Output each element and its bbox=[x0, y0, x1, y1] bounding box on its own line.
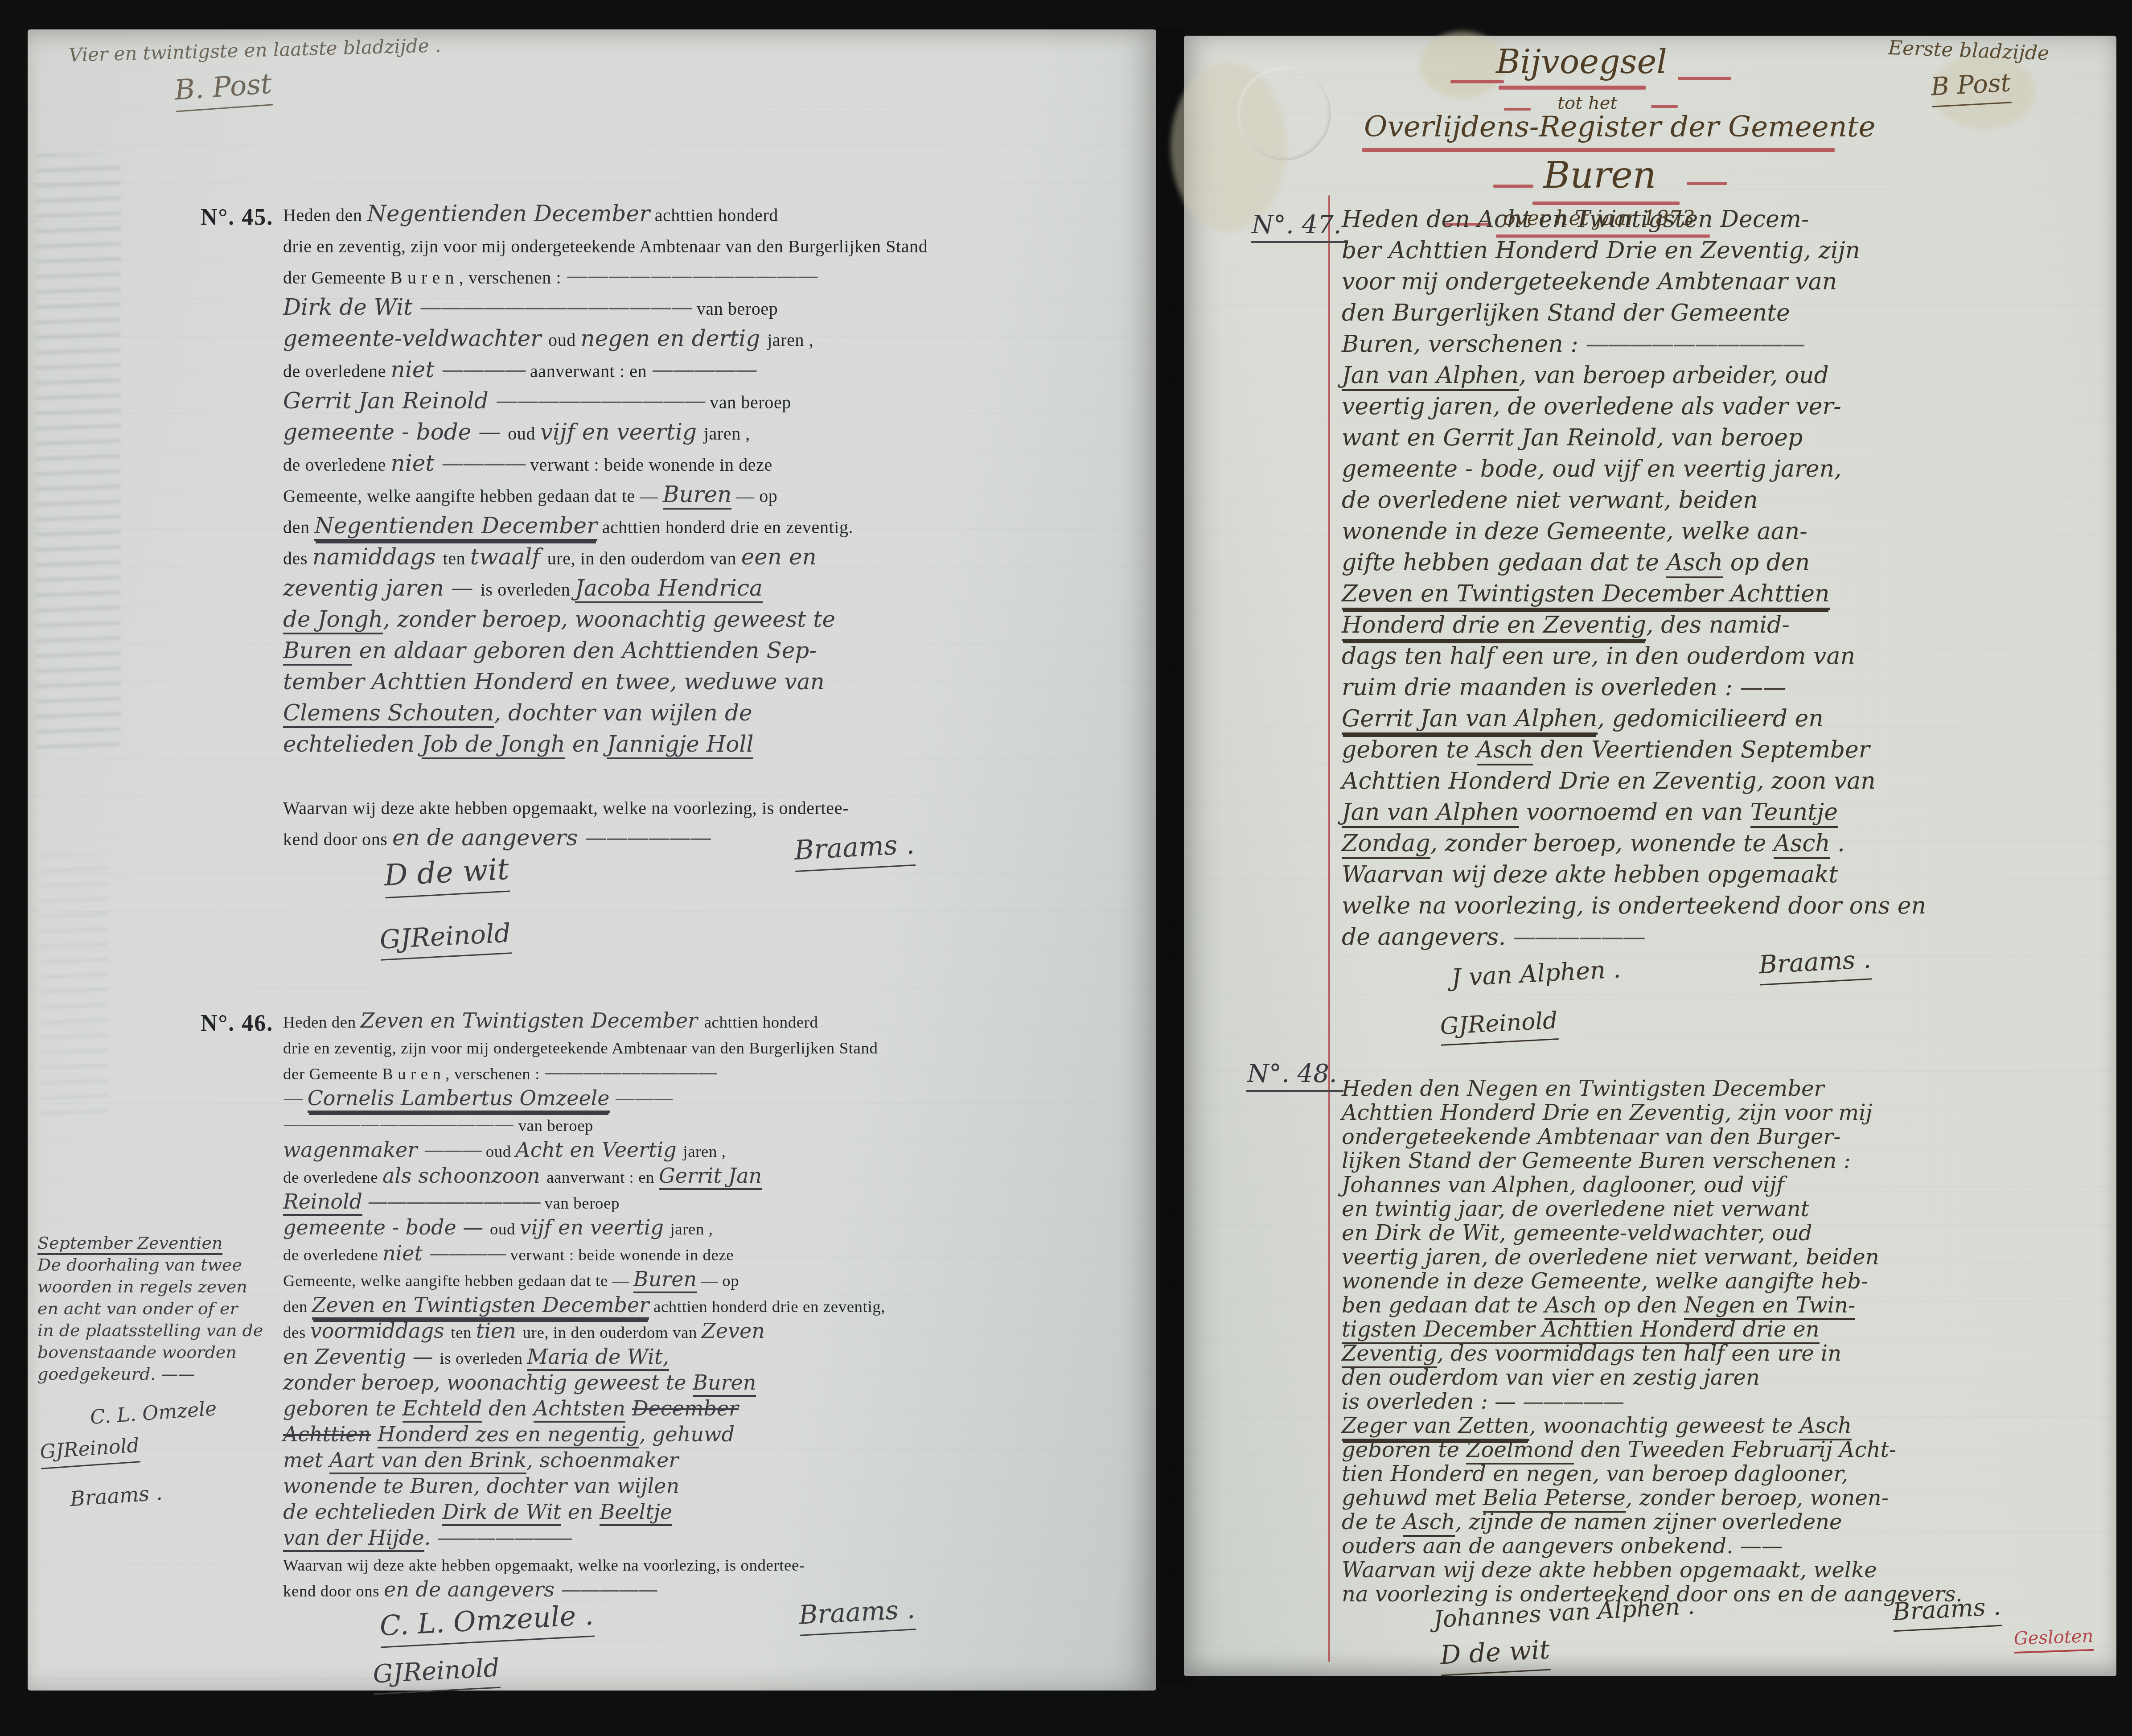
handwritten-text: Jannigje Holl bbox=[607, 731, 753, 759]
act-line: — Cornelis Lambertus Omzeele ——— bbox=[283, 1086, 1134, 1112]
rule-dashes: ————————— bbox=[544, 1060, 717, 1084]
handwritten-text: geboren te bbox=[1342, 1437, 1466, 1462]
act-line: Waarvan wij deze akte hebben opgemaakt bbox=[1342, 861, 2099, 893]
rule-dashes: —————— bbox=[1513, 924, 1644, 950]
act-line: der Gemeente B u r e n , verschenen : ——… bbox=[283, 263, 1134, 294]
printed-text: Heden den bbox=[283, 205, 367, 225]
handwritten-text: Achttien Honderd Drie en Zeventig, zijn … bbox=[1342, 1100, 1872, 1125]
handwritten-text: ber Achttien Honderd Drie en Zeventig, z… bbox=[1342, 237, 1860, 264]
handwritten-text: Zondag bbox=[1342, 830, 1430, 859]
handwritten-text: veertig jaren, de overledene niet verwan… bbox=[1342, 1245, 1879, 1270]
ink-bleedthrough bbox=[41, 854, 108, 1122]
handwritten-text: , des namid- bbox=[1646, 612, 1790, 638]
act45-signature: D de wit bbox=[383, 852, 510, 899]
margin-note-line: De doorhaling van twee bbox=[37, 1255, 263, 1277]
handwritten-text: wagenmaker bbox=[283, 1138, 424, 1162]
handwritten-text: zeventig jaren — bbox=[283, 575, 481, 601]
handwritten-text: den Tweeden Februarij Acht- bbox=[1574, 1437, 1896, 1462]
handwritten-text: , dochter van wijlen bbox=[473, 1474, 679, 1498]
page-left: Vier en twintigste en laatste bladzijde … bbox=[28, 29, 1156, 1691]
act47-text: Heden den Acht en Twintigsten Decem-ber … bbox=[1342, 206, 2099, 955]
handwritten-text: Aart van den Brink bbox=[329, 1448, 526, 1474]
act-line: Buren en aldaar geboren den Achttienden … bbox=[283, 638, 1134, 669]
margin-note-line: September Zeventien bbox=[37, 1233, 263, 1255]
printed-text: jaren , bbox=[683, 1142, 726, 1160]
act-line: en Zeventig — is overleden Maria de Wit, bbox=[283, 1345, 1134, 1370]
handwritten-text: Buren bbox=[663, 481, 732, 510]
handwritten-text: Honderd drie en Zeventig bbox=[1342, 612, 1646, 641]
rule-dashes: ————— bbox=[652, 357, 756, 383]
handwritten-text: niet bbox=[382, 1241, 429, 1265]
act-line: Honderd drie en Zeventig, des namid- bbox=[1342, 612, 2099, 643]
printed-text: den bbox=[283, 1297, 312, 1316]
act-line: en twintig jaar, de overledene niet verw… bbox=[1342, 1197, 2099, 1221]
act-line: des namiddags ten twaalf ure, in den oud… bbox=[283, 544, 1134, 575]
printed-text: verwant : beide wonende in deze bbox=[506, 1246, 734, 1264]
handwritten-text: de Jongh bbox=[283, 606, 383, 634]
handwritten-text: Buren bbox=[410, 1474, 473, 1498]
handwritten-text: geboren te bbox=[283, 1396, 403, 1420]
margin-note-line: in de plaatsstelling van de bbox=[37, 1321, 263, 1342]
act-line: tien Honderd en negen, van beroep dagloo… bbox=[1342, 1461, 2099, 1485]
handwritten-text: Johannes van Alphen, daglooner, oud vijf bbox=[1342, 1172, 1784, 1197]
act-line: zeventig jaren — is overleden Jacoba Hen… bbox=[283, 575, 1134, 606]
act-line: zonder beroep, woonachtig geweest te Bur… bbox=[283, 1370, 1134, 1396]
handwritten-text: van der Hijde bbox=[283, 1526, 424, 1552]
handwritten-text: De doorhaling van twee bbox=[37, 1255, 242, 1275]
printed-text: ure, in den ouderdom van bbox=[523, 1323, 702, 1341]
act-line: Dirk de Wit ————————————— van beroep bbox=[283, 294, 1134, 325]
printed-text: de overledene bbox=[283, 361, 391, 381]
handwritten-text: Buren, verschenen : bbox=[1342, 331, 1586, 358]
act48-text: Heden den Negen en Twintigsten DecemberA… bbox=[1342, 1076, 2099, 1606]
rule-dashes: — bbox=[283, 1086, 308, 1110]
printed-text: van beroep bbox=[540, 1194, 620, 1212]
printed-text: den bbox=[283, 517, 314, 537]
printed-text: aanverwant : en bbox=[546, 1168, 659, 1186]
act-line: is overleden : — ————— bbox=[1342, 1389, 2099, 1413]
act-line: gemeente - bode — oud vijf en veertig ja… bbox=[283, 419, 1134, 450]
handwritten-text: twaalf bbox=[470, 544, 547, 570]
printed-text: van beroep bbox=[705, 392, 791, 412]
printed-text: kend door ons bbox=[283, 1582, 384, 1600]
handwritten-text: Achttien bbox=[283, 1422, 371, 1446]
act-line: Heden den Negen en Twintigsten December bbox=[1342, 1076, 2099, 1100]
act-line: welke na voorlezing, is onderteekend doo… bbox=[1342, 893, 2099, 924]
printed-text: ten bbox=[443, 548, 470, 568]
handwritten-text: , des voormiddags ten half een ure in bbox=[1437, 1341, 1842, 1366]
printed-text: is overleden bbox=[481, 580, 575, 600]
act-line: de overledene niet verwant, beiden bbox=[1342, 487, 2099, 518]
red-underline bbox=[1362, 148, 1835, 152]
handwritten-text: Acht en Veertig bbox=[515, 1138, 683, 1162]
act-line: Gerrit Jan Reinold —————————— van beroep bbox=[283, 388, 1134, 419]
act-line: Gemeente, welke aangifte hebben gedaan d… bbox=[283, 1267, 1134, 1293]
handwritten-text: gemeente - bode — bbox=[283, 419, 508, 445]
act-line: de overledene als schoonzoon aanverwant … bbox=[283, 1164, 1134, 1189]
act-line: den ouderdom van vier en zestig jaren bbox=[1342, 1365, 2099, 1389]
handwritten-text: tigsten December Achttien Honderd drie e… bbox=[1342, 1317, 1820, 1344]
act46-signature: GJReinold bbox=[372, 1654, 501, 1695]
handwritten-text: Teuntje bbox=[1750, 799, 1838, 828]
act-line: met Aart van den Brink, schoenmaker bbox=[283, 1448, 1134, 1474]
handwritten-text: Buren bbox=[693, 1370, 756, 1397]
act-line: Zondag, zonder beroep, wonende te Asch . bbox=[1342, 830, 2099, 861]
handwritten-text: Gerrit Jan van Alphen bbox=[1342, 705, 1598, 735]
act-line: dags ten half een ure, in den ouderdom v… bbox=[1342, 643, 2099, 674]
handwritten-text: is overleden : — bbox=[1342, 1389, 1523, 1414]
act-line: ber Achttien Honderd Drie en Zeventig, z… bbox=[1342, 237, 2099, 268]
handwritten-text: op den bbox=[1597, 1293, 1684, 1318]
handwritten-text: namiddags bbox=[312, 544, 443, 570]
handwritten-text: , dochter van wijlen de bbox=[494, 700, 752, 726]
handwritten-text: en bbox=[565, 731, 607, 757]
act-line: Achttien Honderd Drie en Zeventig, zijn … bbox=[1342, 1100, 2099, 1124]
act-line: tember Achttien Honderd en twee, weduwe … bbox=[283, 669, 1134, 700]
handwritten-text: en acht van onder of er bbox=[37, 1299, 238, 1318]
printed-text: aanverwant : en bbox=[525, 361, 651, 381]
act-line: gehuwd met Belia Peterse, zonder beroep,… bbox=[1342, 1485, 2099, 1510]
act45-text: Heden den Negentienden December achttien… bbox=[283, 201, 1134, 856]
handwritten-text: wonende in deze Gemeente, welke aan- bbox=[1342, 518, 1807, 545]
handwritten-text: wonende te bbox=[283, 1474, 410, 1498]
handwritten-text: een en bbox=[741, 544, 817, 570]
act-line: lijken Stand der Gemeente Buren verschen… bbox=[1342, 1148, 2099, 1172]
handwritten-text: Negentienden December bbox=[367, 201, 650, 226]
printed-text: achttien honderd drie en zeventig, bbox=[649, 1297, 885, 1316]
printed-text: achttien honderd bbox=[704, 1013, 818, 1031]
handwritten-text: Asch bbox=[1477, 736, 1533, 765]
first-page-signature: B Post bbox=[1930, 68, 2012, 107]
paper-stain bbox=[1420, 31, 1505, 98]
handwritten-text: ben gedaan dat te bbox=[1342, 1293, 1545, 1318]
handwritten-text: den Burgerlijken Stand der Gemeente bbox=[1342, 300, 1790, 326]
handwritten-text: woorden in regels zeven bbox=[37, 1277, 247, 1296]
act46-signature: Braams . bbox=[798, 1594, 916, 1636]
act-line: Buren, verschenen : —————————— bbox=[1342, 331, 2099, 362]
handwritten-text: niet bbox=[391, 450, 442, 476]
handwritten-text: Dirk de Wit bbox=[283, 294, 419, 320]
handwritten-text: September Zeventien bbox=[37, 1233, 222, 1255]
register-place: Buren bbox=[1543, 154, 1656, 197]
act-line: gemeente-veldwachter oud negen en dertig… bbox=[283, 325, 1134, 357]
margin-note-line: goedgekeurd. —— bbox=[37, 1364, 263, 1386]
handwritten-text: Cornelis Lambertus Omzeele bbox=[308, 1086, 610, 1113]
handwritten-text: Zeven en Twintigsten December bbox=[361, 1008, 704, 1033]
act-line: de echtelieden Dirk de Wit en Beeltje bbox=[283, 1500, 1134, 1526]
act-line: des voormiddags ten tien ure, in den oud… bbox=[283, 1319, 1134, 1345]
act-line: want en Gerrit Jan Reinold, van beroep bbox=[1342, 424, 2099, 456]
act-line: wagenmaker ——— oud Acht en Veertig jaren… bbox=[283, 1138, 1134, 1164]
corner-signature: B. Post bbox=[173, 67, 273, 112]
act-line: Clemens Schouten, dochter van wijlen de bbox=[283, 700, 1134, 731]
handwritten-text: gemeente-veldwachter bbox=[283, 325, 548, 351]
handwritten-text: in de plaatsstelling van de bbox=[37, 1321, 263, 1340]
act-line: Zeven en Twintigsten December Achttien bbox=[1342, 580, 2099, 612]
handwritten-text: zonder beroep, woonachtig geweest te bbox=[283, 1370, 693, 1395]
handwritten-text: Gerrit Jan bbox=[659, 1164, 762, 1190]
handwritten-text: welke na voorlezing, is onderteekend doo… bbox=[1342, 893, 1926, 919]
act-line bbox=[283, 762, 1134, 794]
act-line: en Dirk de Wit, gemeente-veldwachter, ou… bbox=[1342, 1221, 2099, 1245]
handwritten-text: Waarvan wij deze akte hebben opgemaakt, … bbox=[1342, 1558, 1877, 1583]
handwritten-text: Asch bbox=[1403, 1510, 1455, 1537]
handwritten-text: gemeente - bode — bbox=[283, 1215, 490, 1239]
rule-dashes: ———— bbox=[441, 450, 525, 476]
act-line: Waarvan wij deze akte hebben opgemaakt, … bbox=[283, 1551, 1134, 1577]
handwritten-text: , gedomicilieerd en bbox=[1598, 705, 1824, 732]
act-line: voor mij ondergeteekende Ambtenaar van bbox=[1342, 268, 2099, 300]
handwritten-text: Beeltje bbox=[600, 1500, 672, 1526]
rule-dashes: ———————————— bbox=[566, 263, 817, 289]
act-line: de overledene niet ———— aanverwant : en … bbox=[283, 357, 1134, 388]
printed-text: kend door ons bbox=[283, 829, 392, 849]
act-line: van der Hijde. ——————— bbox=[283, 1526, 1134, 1551]
rule-dashes: ———— bbox=[441, 357, 525, 383]
act-line: gifte hebben gedaan dat te Asch op den bbox=[1342, 549, 2099, 580]
act-line: veertig jaren, de overledene als vader v… bbox=[1342, 393, 2099, 424]
act-line: de Jongh, zonder beroep, woonachtig gewe… bbox=[283, 606, 1134, 638]
act-line: ———————————— van beroep bbox=[283, 1112, 1134, 1138]
act-line: Zeventig, des voormiddags ten half een u… bbox=[1342, 1341, 2099, 1365]
printed-text: de overledene bbox=[283, 455, 391, 475]
rule-dashes: ——— bbox=[610, 1086, 673, 1110]
handwritten-text: voormiddags bbox=[310, 1319, 451, 1343]
act-line: gemeente - bode, oud vijf en veertig jar… bbox=[1342, 456, 2099, 487]
handwritten-text: Achtsten bbox=[534, 1396, 625, 1423]
act45-signature: GJReinold bbox=[379, 917, 512, 960]
printed-text: ten bbox=[451, 1323, 476, 1341]
handwritten-text: Jan van Alphen bbox=[1342, 362, 1519, 391]
handwritten-text: Jan van Alphen bbox=[1342, 799, 1519, 828]
rule-dashes: —————— bbox=[585, 825, 711, 851]
handwritten-text: , gehuwd bbox=[639, 1422, 735, 1446]
handwritten-text: Reinold bbox=[283, 1189, 362, 1216]
printed-text: Waarvan wij deze akte hebben opgemaakt, … bbox=[283, 798, 849, 818]
act-line: den Negentienden December achttien honde… bbox=[283, 513, 1134, 544]
act-line: wonende te Buren, dochter van wijlen bbox=[283, 1474, 1134, 1500]
handwritten-text: de overledene niet verwant, beiden bbox=[1342, 487, 1758, 514]
handwritten-text: Asch bbox=[1666, 549, 1723, 578]
rule-dashes: ———————————— bbox=[283, 1112, 518, 1136]
act-line: den Zeven en Twintigsten December achtti… bbox=[283, 1293, 1134, 1319]
handwritten-text: Gerrit Jan Reinold bbox=[283, 388, 496, 414]
printed-text: oud bbox=[490, 1220, 520, 1238]
handwritten-text bbox=[371, 1422, 378, 1446]
handwritten-text: , zonder beroep, woonachtig geweest te bbox=[383, 606, 835, 632]
handwritten-text: de echtelieden bbox=[283, 1500, 442, 1524]
act-line: Gemeente, welke aangifte hebben gedaan d… bbox=[283, 481, 1134, 513]
printed-text: — op bbox=[731, 486, 777, 506]
handwritten-text: ondergeteekende Ambtenaar van den Burger… bbox=[1342, 1124, 1841, 1149]
act-line: Heden den Zeven en Twintigsten December … bbox=[283, 1008, 1134, 1034]
printed-text: des bbox=[283, 548, 312, 568]
rule-dashes: ——————— bbox=[437, 1526, 571, 1550]
red-underline bbox=[1499, 86, 1646, 90]
handwritten-text: goedgekeurd. —— bbox=[37, 1364, 195, 1384]
handwritten-text: , zonder beroep, wonen- bbox=[1626, 1485, 1889, 1510]
handwritten-text: Job de Jongh bbox=[422, 731, 565, 759]
printed-text: oud bbox=[508, 424, 540, 444]
handwritten-text: de aangevers. bbox=[1342, 924, 1513, 950]
handwritten-text: de te bbox=[1342, 1510, 1403, 1534]
printed-text: Waarvan wij deze akte hebben opgemaakt, … bbox=[283, 1556, 805, 1574]
handwritten-text: op den bbox=[1723, 549, 1810, 576]
printed-text: jaren , bbox=[670, 1220, 713, 1238]
handwritten-text: negen en dertig bbox=[581, 325, 768, 351]
rule-dashes: ————————— bbox=[362, 1189, 540, 1214]
margin-note-line: en acht van onder of er bbox=[37, 1299, 263, 1321]
printed-text: de overledene bbox=[283, 1246, 382, 1264]
register-photo: Vier en twintigste en laatste bladzijde … bbox=[0, 0, 2132, 1736]
handwritten-text: Maria de Wit, bbox=[527, 1345, 669, 1371]
act-line: Johannes van Alphen, daglooner, oud vijf bbox=[1342, 1172, 2099, 1197]
rule-dashes: —————————— bbox=[1586, 331, 1804, 358]
act-line: gemeente - bode — oud vijf en veertig ja… bbox=[283, 1215, 1134, 1241]
rule-dashes: ————————————— bbox=[419, 294, 692, 320]
handwritten-text: Negen en Twin- bbox=[1684, 1293, 1855, 1320]
handwritten-text: den Veertienden September bbox=[1533, 736, 1869, 763]
printed-text: Gemeente, welke aangifte hebben gedaan d… bbox=[283, 1271, 633, 1290]
handwritten-text: Asch bbox=[1799, 1413, 1852, 1440]
handwritten-text: voornoemd en van bbox=[1519, 799, 1750, 826]
act-line: kend door ons en de aangevers ————— bbox=[283, 1577, 1134, 1603]
page-right: Bijvoegsel tot het Overlijdens-Register … bbox=[1184, 36, 2116, 1676]
handwritten-text: als schoonzoon bbox=[382, 1164, 546, 1188]
handwritten-text: , woonachtig geweest te bbox=[1529, 1413, 1800, 1438]
closing-mark: Gesloten bbox=[2013, 1626, 2094, 1654]
handwritten-text: Buren bbox=[633, 1267, 697, 1293]
embossed-seal bbox=[1237, 67, 1331, 160]
handwritten-text: en Dirk de Wit, gemeente-veldwachter, ou… bbox=[1342, 1221, 1812, 1246]
act-line: Heden den Acht en Twintigsten Decem- bbox=[1342, 206, 2099, 237]
handwritten-text: veertig jaren, de overledene als vader v… bbox=[1342, 393, 1841, 420]
printed-text: oud bbox=[548, 330, 580, 350]
handwritten-text: December bbox=[632, 1396, 739, 1420]
handwritten-text: Asch bbox=[1545, 1293, 1597, 1320]
act-line: Achttien Honderd Drie en Zeventig, zoon … bbox=[1342, 768, 2099, 799]
printed-text: drie en zeventig, zijn voor mij onderget… bbox=[283, 1039, 878, 1057]
rule-dashes: ——— bbox=[424, 1138, 481, 1162]
printed-text: jaren , bbox=[767, 330, 813, 350]
act-line: Heden den Negentienden December achttien… bbox=[283, 201, 1134, 232]
act-line: de overledene niet ———— verwant : beide … bbox=[283, 1241, 1134, 1267]
printed-text: der Gemeente B u r e n , verschenen : bbox=[283, 267, 566, 288]
act-line: Zeger van Zetten, woonachtig geweest te … bbox=[1342, 1413, 2099, 1437]
handwritten-text: tien bbox=[476, 1319, 523, 1343]
act-line: kend door ons en de aangevers —————— bbox=[283, 825, 1134, 856]
ink-bleedthrough bbox=[36, 154, 120, 756]
handwritten-text: Waarvan wij deze akte hebben opgemaakt bbox=[1342, 861, 1838, 888]
rule-dashes: ————— bbox=[561, 1577, 657, 1601]
red-underline bbox=[1532, 202, 1680, 205]
handwritten-text: vijf en veertig bbox=[540, 419, 704, 445]
printed-text: van beroep bbox=[518, 1116, 593, 1135]
rule-dashes: ———— bbox=[429, 1241, 506, 1265]
printed-text: der Gemeente B u r e n , verschenen : bbox=[283, 1065, 544, 1083]
handwritten-text: Honderd zes en negentig bbox=[378, 1422, 639, 1448]
act48-signature: D de wit bbox=[1439, 1634, 1551, 1676]
handwritten-text: Jacoba Hendrica bbox=[575, 575, 763, 603]
handwritten-text: Zeven en Twintigsten December bbox=[312, 1293, 649, 1320]
act-line: wonende in deze Gemeente, welke aan- bbox=[1342, 518, 2099, 549]
act-line: drie en zeventig, zijn voor mij onderget… bbox=[283, 232, 1134, 263]
handwritten-text: Heden den Acht en Twintigsten Decem- bbox=[1342, 206, 1809, 233]
printed-text: is overleden bbox=[440, 1349, 527, 1367]
act47-number: N°. 47. bbox=[1251, 210, 1348, 243]
handwritten-text: , van beroep arbeider, oud bbox=[1519, 362, 1829, 389]
act-line: der Gemeente B u r e n , verschenen : ——… bbox=[283, 1060, 1134, 1086]
handwritten-text: Dirk de Wit bbox=[442, 1500, 561, 1526]
act-line: de overledene niet ———— verwant : beide … bbox=[283, 450, 1134, 481]
act-line: de te Asch, zijnde de namen zijner overl… bbox=[1342, 1510, 2099, 1534]
handwritten-text: Achttien Honderd Drie en Zeventig, zoon … bbox=[1342, 768, 1876, 794]
act-line: Jan van Alphen voornoemd en van Teuntje bbox=[1342, 799, 2099, 830]
handwritten-text: Zeventig bbox=[1342, 1341, 1437, 1368]
printed-text: jaren , bbox=[704, 424, 750, 444]
handwritten-text: geboren te bbox=[1342, 736, 1477, 763]
act-line: tigsten December Achttien Honderd drie e… bbox=[1342, 1317, 2099, 1341]
printed-text: drie en zeventig, zijn voor mij onderget… bbox=[283, 236, 928, 256]
handwritten-text bbox=[625, 1396, 632, 1420]
handwritten-text: , schoenmaker bbox=[526, 1448, 678, 1472]
margin-note-line: bovenstaande woorden bbox=[37, 1342, 263, 1364]
red-dash bbox=[1493, 185, 1533, 188]
act-line: de aangevers. —————— bbox=[1342, 924, 2099, 955]
act-line: Jan van Alphen, van beroep arbeider, oud bbox=[1342, 362, 2099, 393]
act45-signature: Braams . bbox=[793, 829, 916, 872]
handwritten-text: en bbox=[561, 1500, 600, 1524]
margin-note-line: woorden in regels zeven bbox=[37, 1277, 263, 1299]
printed-text: Gemeente, welke aangifte hebben gedaan d… bbox=[283, 486, 663, 506]
handwritten-text: den bbox=[482, 1396, 534, 1420]
act-line: Reinold ————————— van beroep bbox=[283, 1189, 1134, 1215]
handwritten-text: tember Achttien Honderd en twee, weduwe … bbox=[283, 669, 825, 695]
register-title: Overlijdens-Register der Gemeente bbox=[1364, 111, 1875, 144]
handwritten-text: Asch bbox=[1774, 830, 1830, 859]
handwritten-text: Belia Peterse bbox=[1483, 1485, 1626, 1513]
handwritten-text: ruim drie maanden is overleden : —— bbox=[1342, 674, 1786, 701]
handwritten-text: vijf en veertig bbox=[520, 1215, 670, 1239]
act45-number: N°. 45. bbox=[201, 204, 273, 230]
handwritten-text: ouders aan de aangevers onbekend. —— bbox=[1342, 1534, 1783, 1559]
act-line: Waarvan wij deze akte hebben opgemaakt, … bbox=[283, 794, 1134, 825]
act-line: Achttien Honderd zes en negentig, gehuwd bbox=[283, 1422, 1134, 1448]
printed-text: oud bbox=[481, 1142, 516, 1160]
handwritten-text: en de aangevers bbox=[392, 825, 585, 851]
handwritten-text: niet bbox=[391, 357, 442, 383]
printed-text: des bbox=[283, 1323, 310, 1341]
handwritten-text: Buren bbox=[283, 638, 352, 666]
act47-signature: Braams . bbox=[1758, 945, 1872, 985]
act-line: geboren te Asch den Veertienden Septembe… bbox=[1342, 736, 2099, 768]
printed-text: de overledene bbox=[283, 1168, 382, 1186]
handwritten-text: en aldaar geboren den Achttienden Sep- bbox=[352, 638, 817, 663]
printed-text: achttien honderd drie en zeventig. bbox=[597, 517, 853, 537]
handwritten-text: lijken Stand der Gemeente Buren verschen… bbox=[1342, 1148, 1851, 1173]
handwritten-text: Echteld bbox=[403, 1396, 482, 1423]
handwritten-text: en de aangevers bbox=[384, 1577, 561, 1601]
act-line: echtelieden Job de Jongh en Jannigje Hol… bbox=[283, 731, 1134, 762]
handwritten-text: Zeven en Twintigsten December Achttien bbox=[1342, 580, 1830, 610]
handwritten-text: Clemens Schouten bbox=[283, 700, 494, 728]
handwritten-text: voor mij ondergeteekende Ambtenaar van bbox=[1342, 268, 1837, 295]
handwritten-text: Negentienden December bbox=[314, 513, 597, 541]
act-line: ben gedaan dat te Asch op den Negen en T… bbox=[1342, 1293, 2099, 1317]
act-line: Waarvan wij deze akte hebben opgemaakt, … bbox=[1342, 1558, 2099, 1582]
handwritten-text: dags ten half een ure, in den ouderdom v… bbox=[1342, 643, 1855, 670]
act47-signature: GJReinold bbox=[1439, 1007, 1558, 1046]
